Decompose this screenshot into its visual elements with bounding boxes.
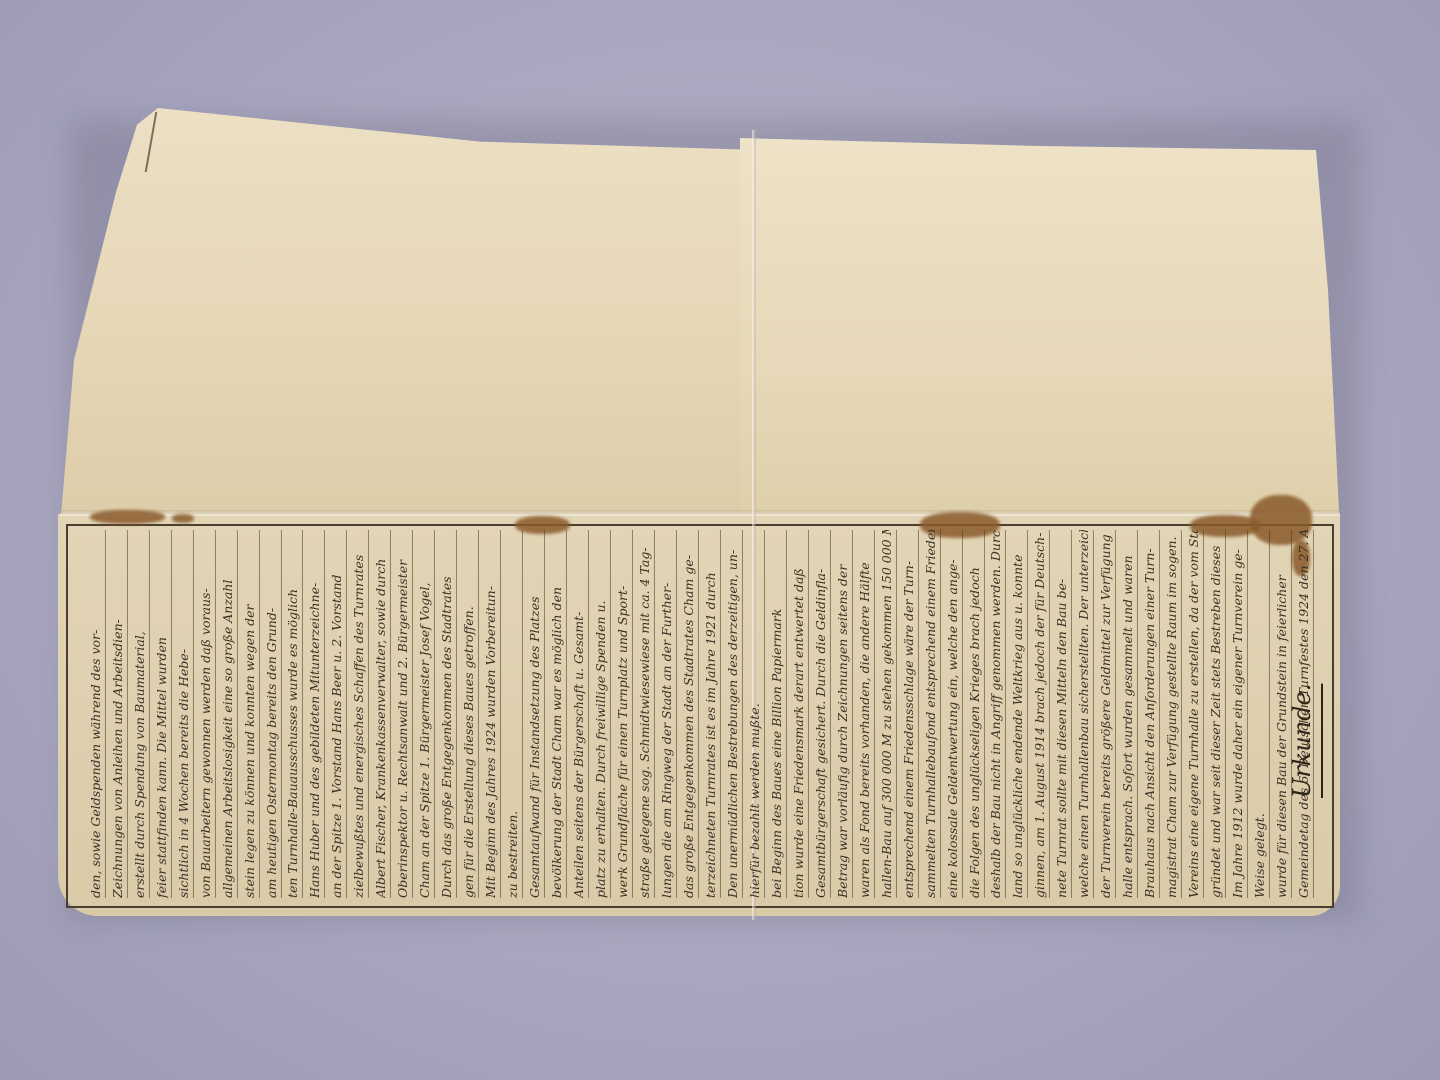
handwritten-text-block: Gemeindetag des 6. Deutschen Turnfestes …: [84, 530, 1314, 900]
text-line: Betrag war vorläufig durch Zeichnungen s…: [831, 530, 853, 898]
text-line: sichtlich in 4 Wochen bereits die Hebe-: [172, 530, 194, 898]
text-line: den, sowie Geldspenden während des vor-: [84, 530, 106, 898]
text-line: erstellt durch Spendung von Baumaterial,: [128, 530, 150, 898]
text-line: Gemeindetag des 6. Deutschen Turnfestes …: [1292, 530, 1314, 898]
text-line: welche einen Turnhallenbau sicherstellte…: [1072, 530, 1094, 898]
text-line: waren als Fond bereits vorhanden, die an…: [853, 530, 875, 898]
text-line: Brauhaus nach Ansicht den Anforderungen …: [1138, 530, 1160, 898]
text-line: Cham an der Spitze 1. Bürgermeister Jose…: [413, 530, 435, 898]
text-line: Albert Fischer, Krankenkassenverwalter, …: [369, 530, 391, 898]
text-line: sammelten Turnhallebaufond entsprechend …: [919, 530, 941, 898]
text-line: allgemeinen Arbeitslosigkeit eine so gro…: [216, 530, 238, 898]
text-line: Anteilen seitens der Bürgerschaft u. Ges…: [567, 530, 589, 898]
text-line: magistrat Cham zur Verfügung gestellte R…: [1160, 530, 1182, 898]
text-line: werk Grundfläche für einen Turnplatz und…: [611, 530, 633, 898]
text-line: Weise gelegt.: [1248, 530, 1270, 898]
text-line: platz zu erhalten. Durch freiwillige Spe…: [589, 530, 611, 898]
text-line: der Turnverein bereits größere Geldmitte…: [1094, 530, 1116, 898]
text-line: ten Turnhalle-Bauausschusses wurde es mö…: [281, 530, 303, 898]
rust-stain: [90, 510, 165, 524]
text-line: Im Jahre 1912 wurde daher ein eigener Tu…: [1226, 530, 1248, 898]
text-line: ginnen, am 1. August 1914 brach jedoch d…: [1028, 530, 1050, 898]
text-line: gründet und war seit dieser Zeit stets B…: [1204, 530, 1226, 898]
text-line: eine kolossale Geldentwertung ein, welch…: [941, 530, 963, 898]
blank-page-right: [740, 130, 1340, 530]
text-line: Gesamtbürgerschaft gesichert. Durch die …: [809, 530, 831, 898]
rust-stain: [172, 514, 194, 523]
text-line: hallen-Bau auf 300 000 M zu stehen gekom…: [875, 530, 897, 898]
text-line: halle entsprach. Sofort wurden gesammelt…: [1116, 530, 1138, 898]
text-line: am heutigen Ostermontag bereits den Grun…: [260, 530, 282, 898]
text-line: straße gelegene sog. Schmidtwiesewiese m…: [633, 530, 655, 898]
text-line: stein legen zu können und konnten wegen …: [238, 530, 260, 898]
text-line: entsprechend einem Friedensschlage wäre …: [897, 530, 919, 898]
text-line: terzeichneten Turnrates ist es im Jahre …: [699, 530, 721, 898]
text-line: tion wurde eine Friedensmark derart entw…: [787, 530, 809, 898]
text-line: Den unermüdlichen Bestrebungen des derze…: [721, 530, 743, 898]
text-line: Hans Huber und des gebildeten Mitunterze…: [303, 530, 325, 898]
text-line: zu bestreiten.: [501, 530, 523, 898]
text-line: nete Turnrat sollte mit diesen Mitteln d…: [1050, 530, 1072, 898]
text-line: Mit Beginn des Jahres 1924 wurden Vorber…: [479, 530, 501, 898]
text-line: Vereins eine eigene Turnhalle zu erstell…: [1182, 530, 1204, 898]
text-line: gen für die Erstellung dieses Baues getr…: [457, 530, 479, 898]
text-line: wurde für diesen Bau der Grundstein in f…: [1270, 530, 1292, 898]
text-line: Zeichnungen von Anleihen und Arbeitsdien…: [106, 530, 128, 898]
horizontal-crease: [60, 510, 1340, 516]
text-line: lungen die am Ringweg der Stadt an der F…: [655, 530, 677, 898]
text-line: deshalb der Bau nicht in Angriff genomme…: [984, 530, 1006, 898]
text-line: Oberinspektor u. Rechtsanwalt und 2. Bür…: [391, 530, 413, 898]
text-line: bevölkerung der Stadt Cham war es möglic…: [545, 530, 567, 898]
text-line: von Bauarbeitern gewonnen werden daß vor…: [194, 530, 216, 898]
text-line: die Folgen des unglückseligen Krieges br…: [963, 530, 985, 898]
text-line: Durch das große Entgegenkommen des Stadt…: [435, 530, 457, 898]
text-line: das große Entgegenkommen des Stadtrates …: [677, 530, 699, 898]
text-line: land so unglückliche endende Weltkrieg a…: [1006, 530, 1028, 898]
text-line: feier stattfinden kann. Die Mittel wurde…: [150, 530, 172, 898]
text-line: Gesamtaufwand für Instandsetzung des Pla…: [523, 530, 545, 898]
text-line: zielbewußtes und energisches Schaffen de…: [347, 530, 369, 898]
text-line: hierfür bezahlt werden mußte.: [743, 530, 765, 898]
text-line: an der Spitze 1. Vorstand Hans Beer u. 2…: [325, 530, 347, 898]
text-line: bei Beginn des Baues eine Billion Papier…: [765, 530, 787, 898]
